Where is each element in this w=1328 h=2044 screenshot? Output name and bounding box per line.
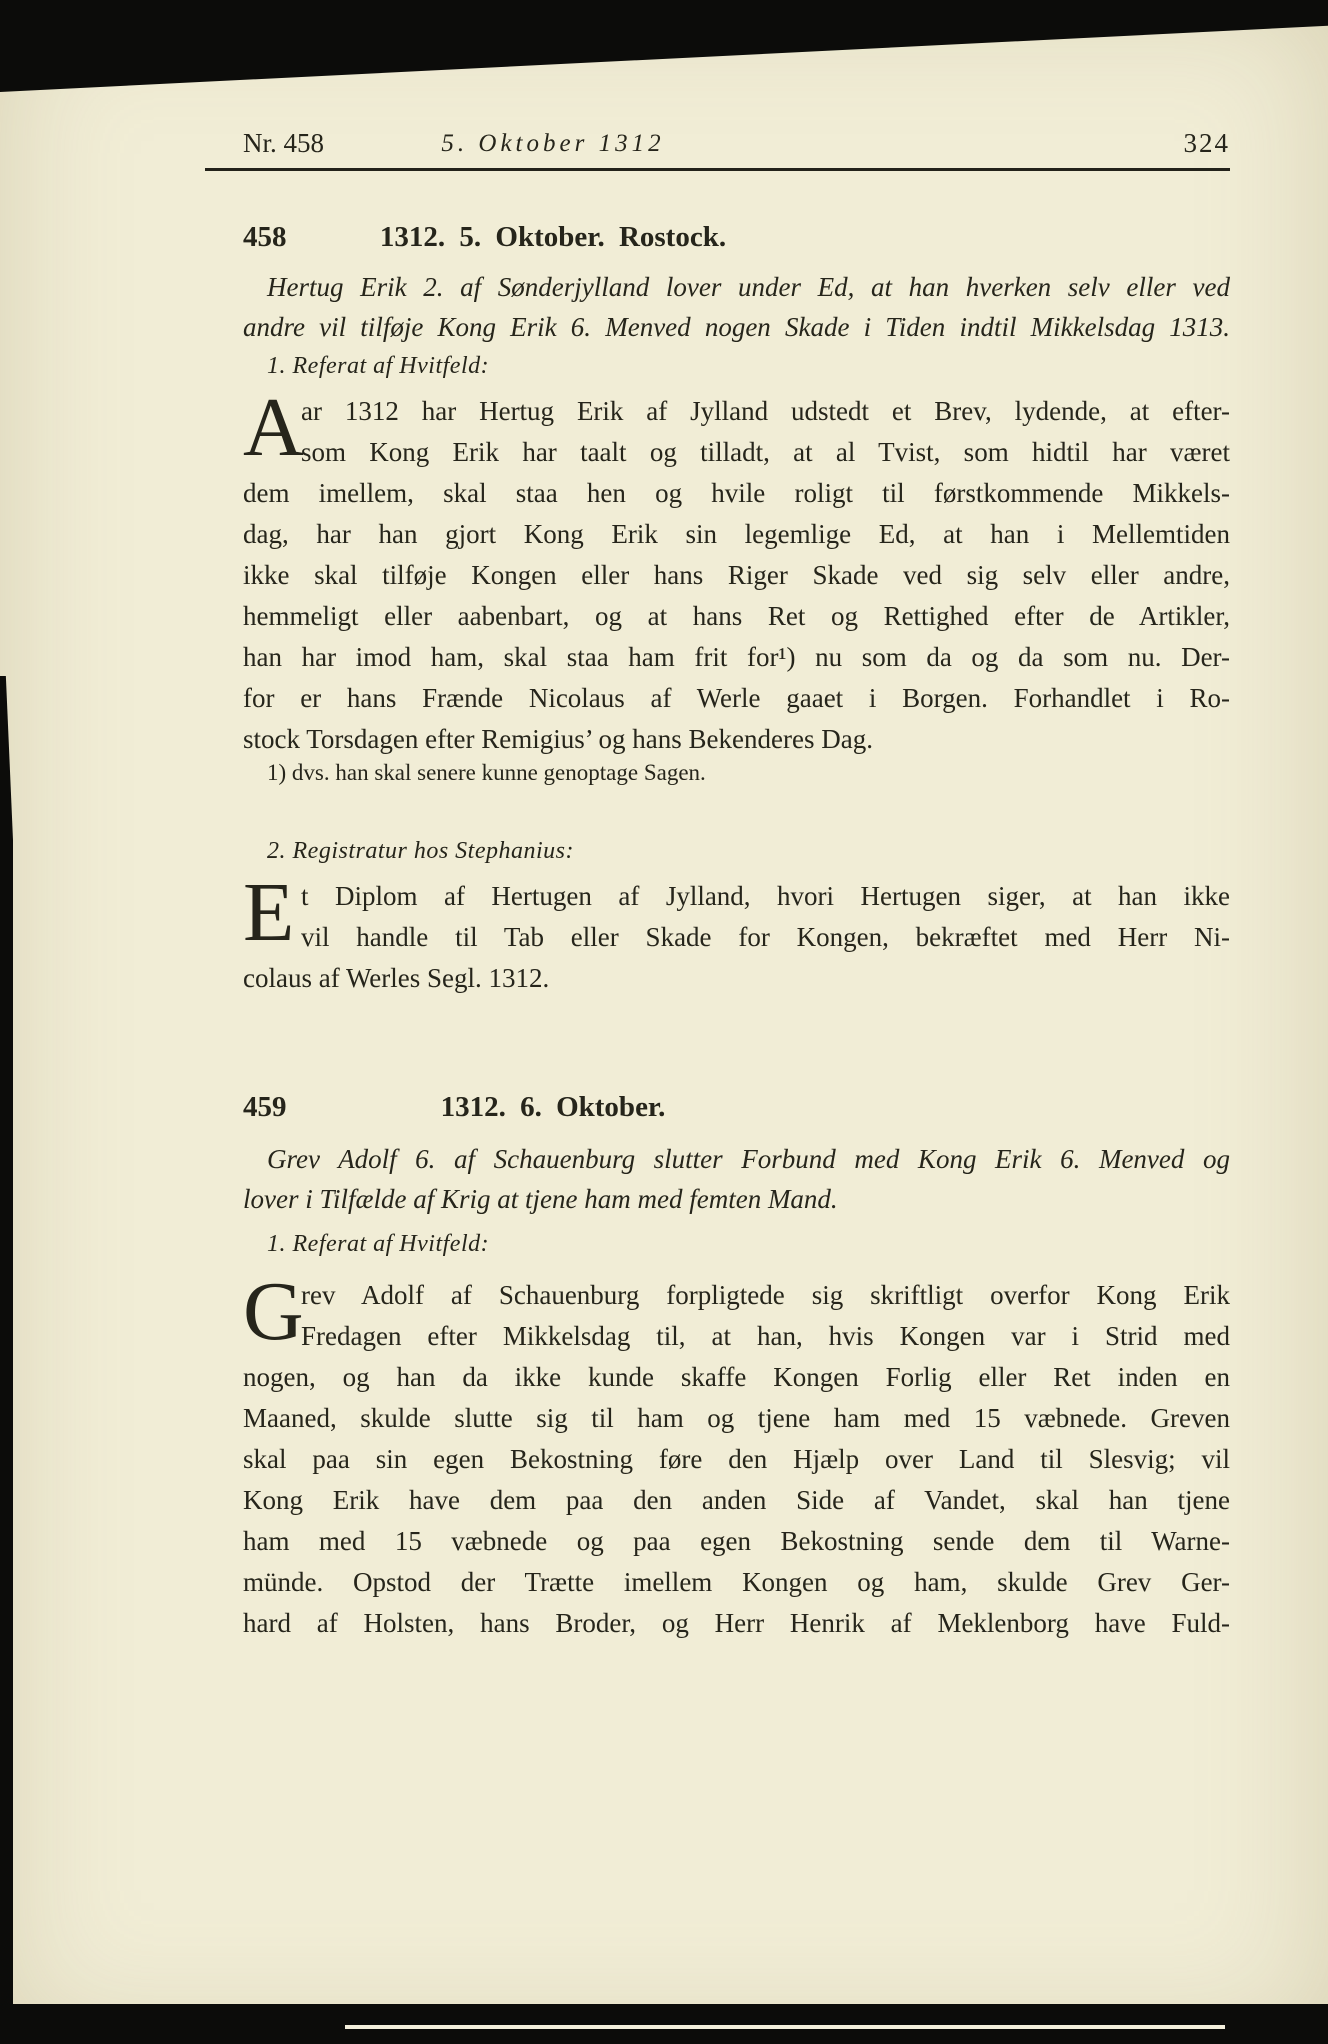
entry-458-summary: Hertug Erik 2. af Sønderjylland lover un… xyxy=(243,267,1230,347)
entry-458-title: 1312. 5. Oktober. Rostock. xyxy=(243,221,863,254)
entry-459-heading-row: 459 1312. 6. Oktober. xyxy=(243,1091,1230,1131)
entry-459-title: 1312. 6. Oktober. xyxy=(243,1091,863,1124)
summary-line: lover i Tilfælde af Krig at tjene ham me… xyxy=(243,1179,1230,1219)
scan-artifact-left-strip xyxy=(0,676,13,2044)
body-line: stock Torsdagen efter Remigius’ og hans … xyxy=(243,719,1230,760)
summary-line: Hertug Erik 2. af Sønderjylland lover un… xyxy=(243,267,1230,307)
entry-458-registratur-paragraph: E t Diplom af Hertugen af Jylland, hvori… xyxy=(243,876,1230,999)
entry-458-referat-paragraph: A ar 1312 har Hertug Erik af Jylland uds… xyxy=(243,391,1230,760)
scan-artifact-bottom-white-line xyxy=(345,2025,1225,2029)
dropcap-letter: A xyxy=(243,396,304,460)
entry-459-referat-label: 1. Referat af Hvitfeld: xyxy=(267,1231,1230,1261)
entry-458-registratur-label: 2. Registratur hos Stephanius: xyxy=(267,838,1230,868)
body-line: han har imod ham, skal staa ham frit for… xyxy=(243,637,1230,678)
body-line: dem imellem, skal staa hen og hvile roli… xyxy=(243,473,1230,514)
body-line: Maaned, skulde slutte sig til ham og tje… xyxy=(243,1398,1230,1439)
body-line: Fredagen efter Mikkelsdag til, at han, h… xyxy=(243,1316,1230,1357)
body-line: münde. Opstod der Trætte imellem Kongen … xyxy=(243,1562,1230,1603)
body-line: for er hans Frænde Nicolaus af Werle gaa… xyxy=(243,678,1230,719)
entry-459: 459 1312. 6. Oktober. Grev Adolf 6. af S… xyxy=(243,1091,1230,1644)
body-line: ham med 15 væbnede og paa egen Bekostnin… xyxy=(243,1521,1230,1562)
entry-458: 458 1312. 5. Oktober. Rostock. Hertug Er… xyxy=(243,221,1230,999)
scan-artifact-bottom-band xyxy=(0,2004,1328,2044)
page-content: Nr. 458 5. Oktober 1312 324 458 1312. 5.… xyxy=(243,0,1230,1644)
body-line: hemmeligt eller aabenbart, og at hans Re… xyxy=(243,596,1230,637)
header-rule xyxy=(205,168,1230,171)
dropcap-letter: E xyxy=(243,881,294,945)
summary-line: Grev Adolf 6. af Schauenburg slutter For… xyxy=(243,1139,1230,1179)
dropcap-letter: G xyxy=(243,1280,304,1344)
body-line: skal paa sin egen Bekostning føre den Hj… xyxy=(243,1439,1230,1480)
body-line: Kong Erik have dem paa den anden Side af… xyxy=(243,1480,1230,1521)
body-line: colaus af Werles Segl. 1312. xyxy=(243,958,1230,999)
page-number: 324 xyxy=(1184,128,1231,159)
body-line: nogen, og han da ikke kunde skaffe Konge… xyxy=(243,1357,1230,1398)
entry-459-referat-paragraph: G rev Adolf af Schauenburg forpligtede s… xyxy=(243,1275,1230,1644)
body-line: t Diplom af Hertugen af Jylland, hvori H… xyxy=(243,876,1230,917)
body-line: som Kong Erik har taalt og tilladt, at a… xyxy=(243,432,1230,473)
summary-line: andre vil tilføje Kong Erik 6. Menved no… xyxy=(243,307,1230,347)
body-line: rev Adolf af Schauenburg forpligtede sig… xyxy=(243,1275,1230,1316)
body-line: vil handle til Tab eller Skade for Konge… xyxy=(243,917,1230,958)
running-header-date: 5. Oktober 1312 xyxy=(243,130,863,158)
running-header: Nr. 458 5. Oktober 1312 324 xyxy=(243,128,1230,164)
entry-458-referat-label: 1. Referat af Hvitfeld: xyxy=(267,353,1230,383)
scanned-book-page: Nr. 458 5. Oktober 1312 324 458 1312. 5.… xyxy=(0,0,1328,2044)
body-line: ar 1312 har Hertug Erik af Jylland udste… xyxy=(243,391,1230,432)
body-line: ikke skal tilføje Kongen eller hans Rige… xyxy=(243,555,1230,596)
entry-458-footnote: 1) dvs. han skal senere kunne genoptage … xyxy=(267,760,1230,790)
entry-459-summary: Grev Adolf 6. af Schauenburg slutter For… xyxy=(243,1139,1230,1219)
body-line: dag, har han gjort Kong Erik sin legemli… xyxy=(243,514,1230,555)
body-line: hard af Holsten, hans Broder, og Herr He… xyxy=(243,1603,1230,1644)
entry-458-heading-row: 458 1312. 5. Oktober. Rostock. xyxy=(243,221,1230,261)
